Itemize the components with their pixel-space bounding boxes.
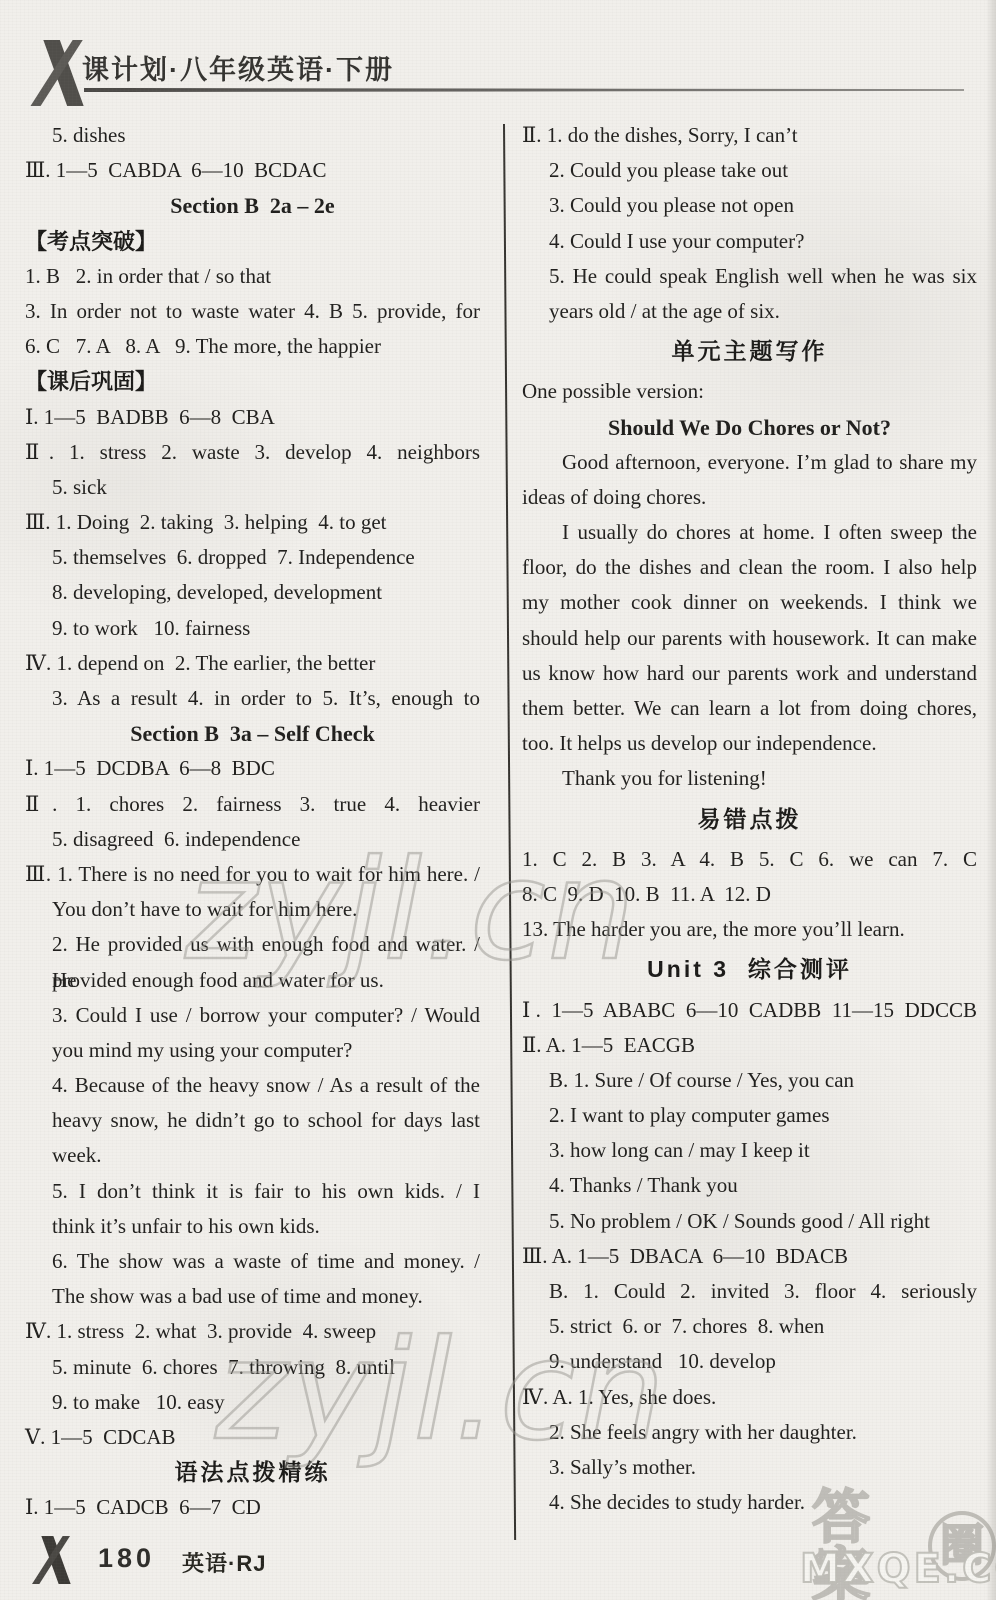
answer-line: should help our parents with housework. … <box>522 621 977 656</box>
answer-line: floor, do the dishes and clean the room.… <box>522 550 977 585</box>
answer-column-left: 5. dishesⅢ. 1—5 CABDA 6—10 BCDACSection … <box>25 118 480 1526</box>
answer-line: B. 1. Could 2. invited 3. floor 4. serio… <box>522 1274 977 1309</box>
answer-line: think it’s unfair to his own kids. <box>25 1209 480 1244</box>
answer-line: 2. She feels angry with her daughter. <box>522 1415 977 1450</box>
answer-line: them better. We can learn a lot from doi… <box>522 691 977 726</box>
answer-line: Ⅲ. 1. There is no need for you to wait f… <box>25 857 480 892</box>
answer-line: 9. to make 10. easy <box>25 1385 480 1420</box>
answer-line: Ⅳ. A. 1. Yes, she does. <box>522 1380 977 1415</box>
answer-line: 5. dishes <box>25 118 480 153</box>
answer-line: Ⅲ. 1—5 CABDA 6—10 BCDAC <box>25 153 480 188</box>
answer-line: Ⅳ. 1. stress 2. what 3. provide 4. sweep <box>25 1314 480 1349</box>
answer-line: Ⅱ. 1. stress 2. waste 3. develop 4. neig… <box>25 435 480 470</box>
answer-line: ideas of doing chores. <box>522 480 977 515</box>
answer-line: One possible version: <box>522 374 977 409</box>
header-rule-divider <box>84 88 964 92</box>
answer-line: 5. themselves 6. dropped 7. Independence <box>25 540 480 575</box>
footer-logo-icon <box>26 1536 78 1584</box>
answer-line: 3. Could I use / borrow your computer? /… <box>25 998 480 1033</box>
answer-line: Ⅰ. 1—5 CADCB 6—7 CD <box>25 1490 480 1525</box>
answer-line: 5. strict 6. or 7. chores 8. when <box>522 1309 977 1344</box>
answer-column-right: Ⅱ. 1. do the dishes, Sorry, I can’t2. Co… <box>522 118 977 1520</box>
book-edition-label: 英语·RJ <box>182 1547 266 1578</box>
watermark-site-url: MXQE.COM <box>800 1549 996 1589</box>
answer-line: 5. No problem / OK / Sounds good / All r… <box>522 1204 977 1239</box>
answer-line: B. 1. Sure / Of course / Yes, you can <box>522 1063 977 1098</box>
section-heading: 易错点拨 <box>522 802 977 837</box>
answer-line: heavy snow, he didn’t go to school for d… <box>25 1103 480 1138</box>
answer-line: 4. Could I use your computer? <box>522 224 977 259</box>
answer-line: 4. Thanks / Thank you <box>522 1168 977 1203</box>
answer-line: 1. C 2. B 3. A 4. B 5. C 6. we can 7. C <box>522 842 977 877</box>
answer-line: Ⅱ. A. 1—5 EACGB <box>522 1028 977 1063</box>
answer-line: 5. disagreed 6. independence <box>25 822 480 857</box>
section-heading: Section B 2a – 2e <box>25 188 480 223</box>
answer-line: Good afternoon, everyone. I’m glad to sh… <box>522 445 977 480</box>
answer-line: 9. to work 10. fairness <box>25 611 480 646</box>
page-number: 180 <box>98 1543 155 1574</box>
bracket-heading: 【课后巩固】 <box>25 364 480 399</box>
answer-line: week. <box>25 1138 480 1173</box>
section-heading: Should We Do Chores or Not? <box>522 410 977 445</box>
column-divider <box>503 124 516 1540</box>
answer-line: 5. He could speak English well when he w… <box>522 259 977 294</box>
section-heading: 单元主题写作 <box>522 334 977 369</box>
answer-line: 3. As a result 4. in order to 5. It’s, e… <box>25 681 480 716</box>
answer-line: my mother cook dinner on weekends. I thi… <box>522 585 977 620</box>
page-title: 课计划·八年级英语·下册 <box>82 48 394 87</box>
answer-line: Ⅱ. 1. do the dishes, Sorry, I can’t <box>522 118 977 153</box>
answer-line: 3. how long can / may I keep it <box>522 1133 977 1168</box>
page-edge-shadow <box>986 0 996 1600</box>
bracket-heading: 【考点突破】 <box>25 224 480 259</box>
answer-line: Ⅴ. 1—5 CDCAB <box>25 1420 480 1455</box>
section-heading: 语法点拨精练 <box>25 1455 480 1490</box>
answer-line: 3. Sally’s mother. <box>522 1450 977 1485</box>
answer-line: you mind my using your computer? <box>25 1033 480 1068</box>
answer-line: Ⅲ. 1. Doing 2. taking 3. helping 4. to g… <box>25 505 480 540</box>
answer-line: The show was a bad use of time and money… <box>25 1279 480 1314</box>
answer-line: 2. He provided us with enough food and w… <box>25 927 480 962</box>
answer-line: 1. B 2. in order that / so that <box>25 259 480 294</box>
answer-line: 5. I don’t think it is fair to his own k… <box>25 1174 480 1209</box>
answer-line: 9. understand 10. develop <box>522 1344 977 1379</box>
section-heading: Unit 3 综合测评 <box>522 952 977 987</box>
answer-line: us know how hard our parents work and un… <box>522 656 977 691</box>
answer-line: 5. sick <box>25 470 480 505</box>
answer-line: Ⅲ. A. 1—5 DBACA 6—10 BDACB <box>522 1239 977 1274</box>
answer-line: 8. developing, developed, development <box>25 575 480 610</box>
section-heading: Section B 3a – Self Check <box>25 716 480 751</box>
answer-line: Ⅰ. 1—5 DCDBA 6—8 BDC <box>25 751 480 786</box>
answer-line: You don’t have to wait for him here. <box>25 892 480 927</box>
answer-line: 6. The show was a waste of time and mone… <box>25 1244 480 1279</box>
answer-line: 5. minute 6. chores 7. throwing 8. until <box>25 1350 480 1385</box>
answer-line: Ⅰ. 1—5 BADBB 6—8 CBA <box>25 400 480 435</box>
answer-line: 13. The harder you are, the more you’ll … <box>522 912 977 947</box>
answer-line: provided enough food and water for us. <box>25 963 480 998</box>
answer-line: Ⅳ. 1. depend on 2. The earlier, the bett… <box>25 646 480 681</box>
answer-line: 4. Because of the heavy snow / As a resu… <box>25 1068 480 1103</box>
answer-line: 3. In order not to waste water 4. B 5. p… <box>25 294 480 329</box>
answer-line: I usually do chores at home. I often swe… <box>522 515 977 550</box>
answer-line: 6. C 7. A 8. A 9. The more, the happier <box>25 329 480 364</box>
answer-line: Ⅱ. 1. chores 2. fairness 3. true 4. heav… <box>25 787 480 822</box>
answer-line: 8. C 9. D 10. B 11. A 12. D <box>522 877 977 912</box>
brand-logo-icon <box>28 40 88 106</box>
answer-line: Thank you for listening! <box>522 761 977 796</box>
answer-line: too. It helps us develop our independenc… <box>522 726 977 761</box>
scanned-answer-page: 课计划·八年级英语·下册 5. dishesⅢ. 1—5 CABDA 6—10 … <box>0 0 996 1600</box>
answer-line: 4. She decides to study harder. <box>522 1485 977 1520</box>
answer-line: 2. I want to play computer games <box>522 1098 977 1133</box>
answer-line: Ⅰ. 1—5 ABABC 6—10 CADBB 11—15 DDCCB <box>522 993 977 1028</box>
answer-line: 2. Could you please take out <box>522 153 977 188</box>
answer-line: years old / at the age of six. <box>522 294 977 329</box>
answer-line: 3. Could you please not open <box>522 188 977 223</box>
